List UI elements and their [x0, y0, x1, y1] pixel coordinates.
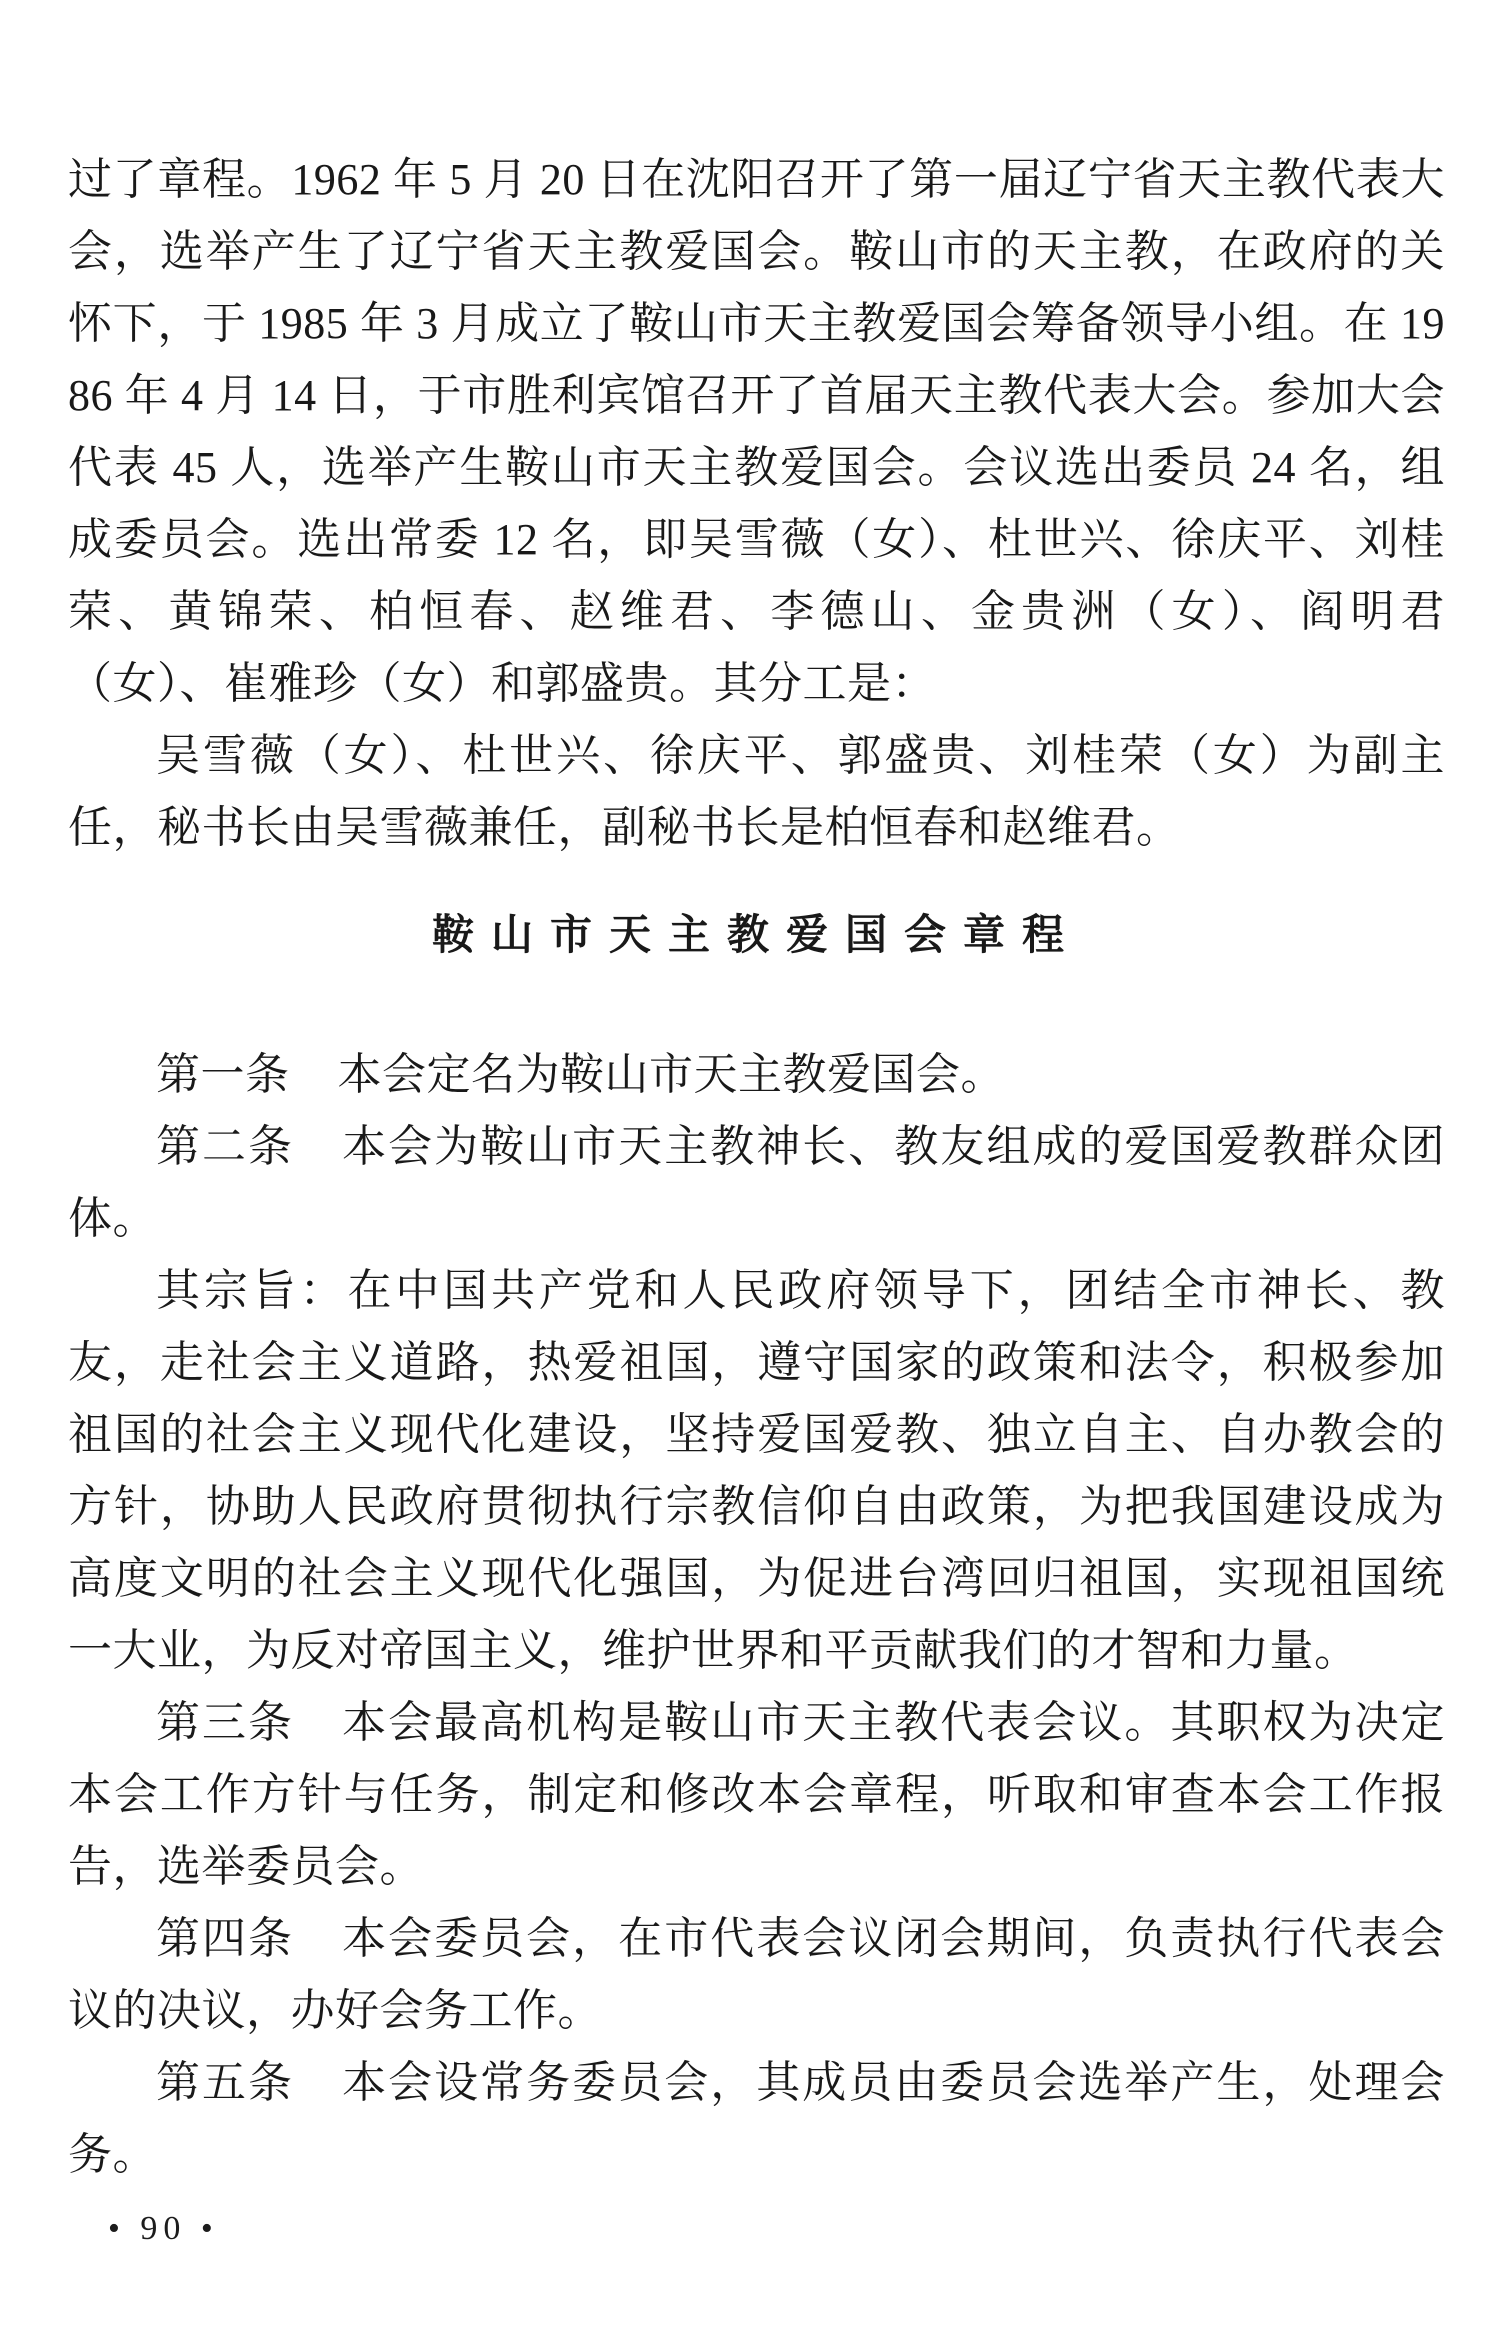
article-4-number: 第四条 — [156, 1914, 294, 1963]
page-content: 过了章程。1962 年 5 月 20 日在沈阳召开了第一届辽宁省天主教代表大会，… — [68, 144, 1445, 2251]
article-3-number: 第三条 — [156, 1698, 294, 1747]
article-2: 第二条本会为鞍山市天主教神长、教友组成的爱国爱教群众团体。 — [68, 1111, 1445, 1255]
paragraph-history: 过了章程。1962 年 5 月 20 日在沈阳召开了第一届辽宁省天主教代表大会，… — [68, 144, 1445, 720]
paragraph-purpose: 其宗旨：在中国共产党和人民政府领导下，团结全市神长、教友，走社会主义道路，热爱祖… — [68, 1255, 1445, 1687]
article-3: 第三条本会最高机构是鞍山市天主教代表会议。其职权为决定本会工作方针与任务，制定和… — [68, 1687, 1445, 1903]
article-1-number: 第一条 — [156, 1050, 290, 1099]
article-1-text: 本会定名为鞍山市天主教爱国会。 — [338, 1050, 1006, 1099]
page-number: • 90 • — [108, 2207, 1445, 2251]
charter-title: 鞍山市天主教爱国会章程 — [68, 900, 1445, 972]
article-4: 第四条本会委员会，在市代表会议闭会期间，负责执行代表会议的决议，办好会务工作。 — [68, 1903, 1445, 2047]
article-5: 第五条本会设常务委员会，其成员由委员会选举产生，处理会务。 — [68, 2047, 1445, 2191]
article-2-number: 第二条 — [156, 1122, 294, 1171]
article-1: 第一条本会定名为鞍山市天主教爱国会。 — [68, 1039, 1445, 1111]
article-5-number: 第五条 — [156, 2058, 294, 2107]
paragraph-officers: 吴雪薇（女）、杜世兴、徐庆平、郭盛贵、刘桂荣（女）为副主任，秘书长由吴雪薇兼任，… — [68, 720, 1445, 864]
scanned-document-page: 过了章程。1962 年 5 月 20 日在沈阳召开了第一届辽宁省天主教代表大会，… — [0, 0, 1500, 2348]
